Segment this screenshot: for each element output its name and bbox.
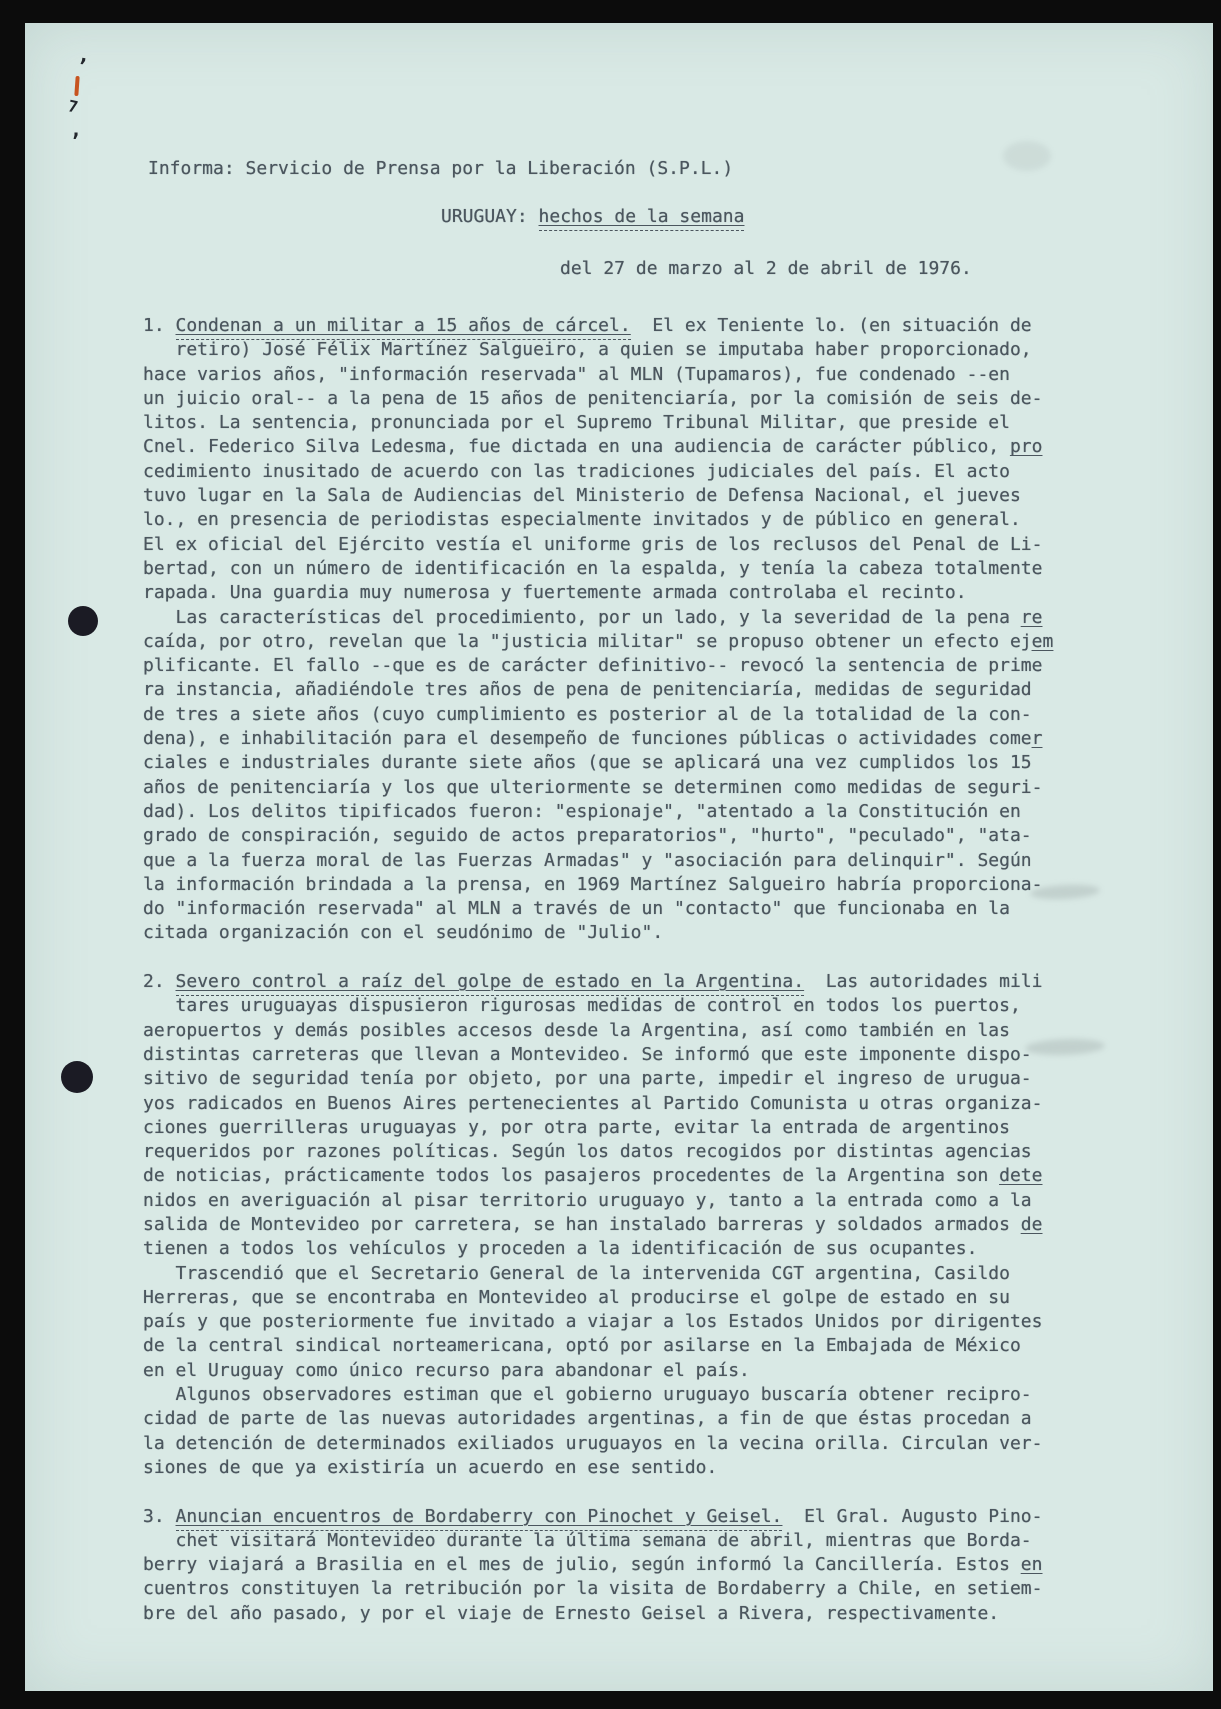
text-line: Las características del procedimiento, p… [143,606,1053,630]
ink-mark-orange [74,76,79,96]
text-line: bre del año pasado, y por el viaje de Er… [143,1602,1053,1626]
text-line: 3. Anuncian encuentros de Bordaberry con… [143,1505,1053,1529]
document-body: 1. Condenan a un militar a 15 años de cá… [143,314,1053,1626]
text-line: Cnel. Federico Silva Ledesma, fue dictad… [143,435,1053,459]
text-line: 1. Condenan a un militar a 15 años de cá… [143,314,1053,338]
text-line: de la central sindical norteamericana, o… [143,1334,1053,1358]
text-line: nidos en averiguación al pisar territori… [143,1189,1053,1213]
text-line: yos radicados en Buenos Aires pertenecie… [143,1092,1053,1116]
text-line: litos. La sentencia, pronunciada por el … [143,411,1053,435]
text-line: siones de que ya existiría un acuerdo en… [143,1456,1053,1480]
text-line: tuvo lugar en la Sala de Audiencias del … [143,484,1053,508]
text-line: aeropuertos y demás posibles accesos des… [143,1019,1053,1043]
text-line: ra instancia, añadiéndole tres años de p… [143,678,1053,702]
text-line: la detención de determinados exiliados u… [143,1432,1053,1456]
text-line: en el Uruguay como único recurso para ab… [143,1359,1053,1383]
text-line: salida de Montevideo por carretera, se h… [143,1213,1053,1237]
hole-punch [68,606,98,636]
text-line: de noticias, prácticamente todos los pas… [143,1164,1053,1188]
text-line: retiro) José Félix Martínez Salgueiro, a… [143,338,1053,362]
text-line: caída, por otro, revelan que la "justici… [143,630,1053,654]
text-line: país y que posteriormente fue invitado a… [143,1310,1053,1334]
text-line: un juicio oral-- a la pena de 15 años de… [143,387,1053,411]
text-line: ciales e industriales durante siete años… [143,751,1053,775]
text-line: citada organización con el seudónimo de … [143,921,1053,945]
text-line: El ex oficial del Ejército vestía el uni… [143,533,1053,557]
text-line: cedimiento inusitado de acuerdo con las … [143,460,1053,484]
document-section: 1. Condenan a un militar a 15 años de cá… [143,314,1053,946]
text-line: que a la fuerza moral de las Fuerzas Arm… [143,849,1053,873]
text-line: berry viajará a Brasilia en el mes de ju… [143,1553,1053,1577]
ink-mark-seven: 7 [66,98,79,116]
text-line: cuentros constituyen la retribución por … [143,1577,1053,1601]
text-line: lo., en presencia de periodistas especia… [143,508,1053,532]
text-line: Algunos observadores estiman que el gobi… [143,1383,1053,1407]
text-line: hace varios años, "información reservada… [143,363,1053,387]
text-line: tienen a todos los vehículos y proceden … [143,1237,1053,1261]
document-byline: Informa: Servicio de Prensa por la Liber… [148,157,733,181]
text-line: años de penitenciaría y los que ulterior… [143,776,1053,800]
text-line: chet visitará Montevideo durante la últi… [143,1529,1053,1553]
text-line: ciones guerrilleras uruguayas y, por otr… [143,1116,1053,1140]
text-line: grado de conspiración, seguido de actos … [143,824,1053,848]
document-date: del 27 de marzo al 2 de abril de 1976. [560,257,972,281]
text-line: plificante. El fallo --que es de carácte… [143,654,1053,678]
page-title: URUGUAY: hechos de la semana [441,205,744,229]
document-section: 3. Anuncian encuentros de Bordaberry con… [143,1505,1053,1626]
text-line: dena), e inhabilitación para el desempeñ… [143,727,1053,751]
text-line: cidad de parte de las nuevas autoridades… [143,1407,1053,1431]
document-page: ’ 7 , Informa: Servicio de Prensa por la… [25,23,1213,1691]
faint-stamp-smudge [1003,141,1051,171]
document-section: 2. Severo control a raíz del golpe de es… [143,970,1053,1480]
text-line: distintas carreteras que llevan a Montev… [143,1043,1053,1067]
text-line: do "información reservada" al MLN a trav… [143,897,1053,921]
text-line: la información brindada a la prensa, en … [143,873,1053,897]
text-line: tares uruguayas dispusieron rigurosas me… [143,994,1053,1018]
text-line: rapada. Una guardia muy numerosa y fuert… [143,581,1053,605]
text-line: Trascendió que el Secretario General de … [143,1262,1053,1286]
text-line: de tres a siete años (cuyo cumplimiento … [143,703,1053,727]
text-line: sitivo de seguridad tenía por objeto, po… [143,1067,1053,1091]
text-line: bertad, con un número de identificación … [143,557,1053,581]
hole-punch [61,1061,93,1093]
ink-mark-apostrophe: ’ [75,55,90,76]
text-line: dad). Los delitos tipificados fueron: "e… [143,800,1053,824]
text-line: 2. Severo control a raíz del golpe de es… [143,970,1053,994]
ink-mark-comma: , [70,119,82,139]
text-line: Herreras, que se encontraba en Montevide… [143,1286,1053,1310]
text-line: requeridos por razones políticas. Según … [143,1140,1053,1164]
scan-background: { "colors":{ "background":"#0c0c0c", "pa… [0,0,1221,1709]
